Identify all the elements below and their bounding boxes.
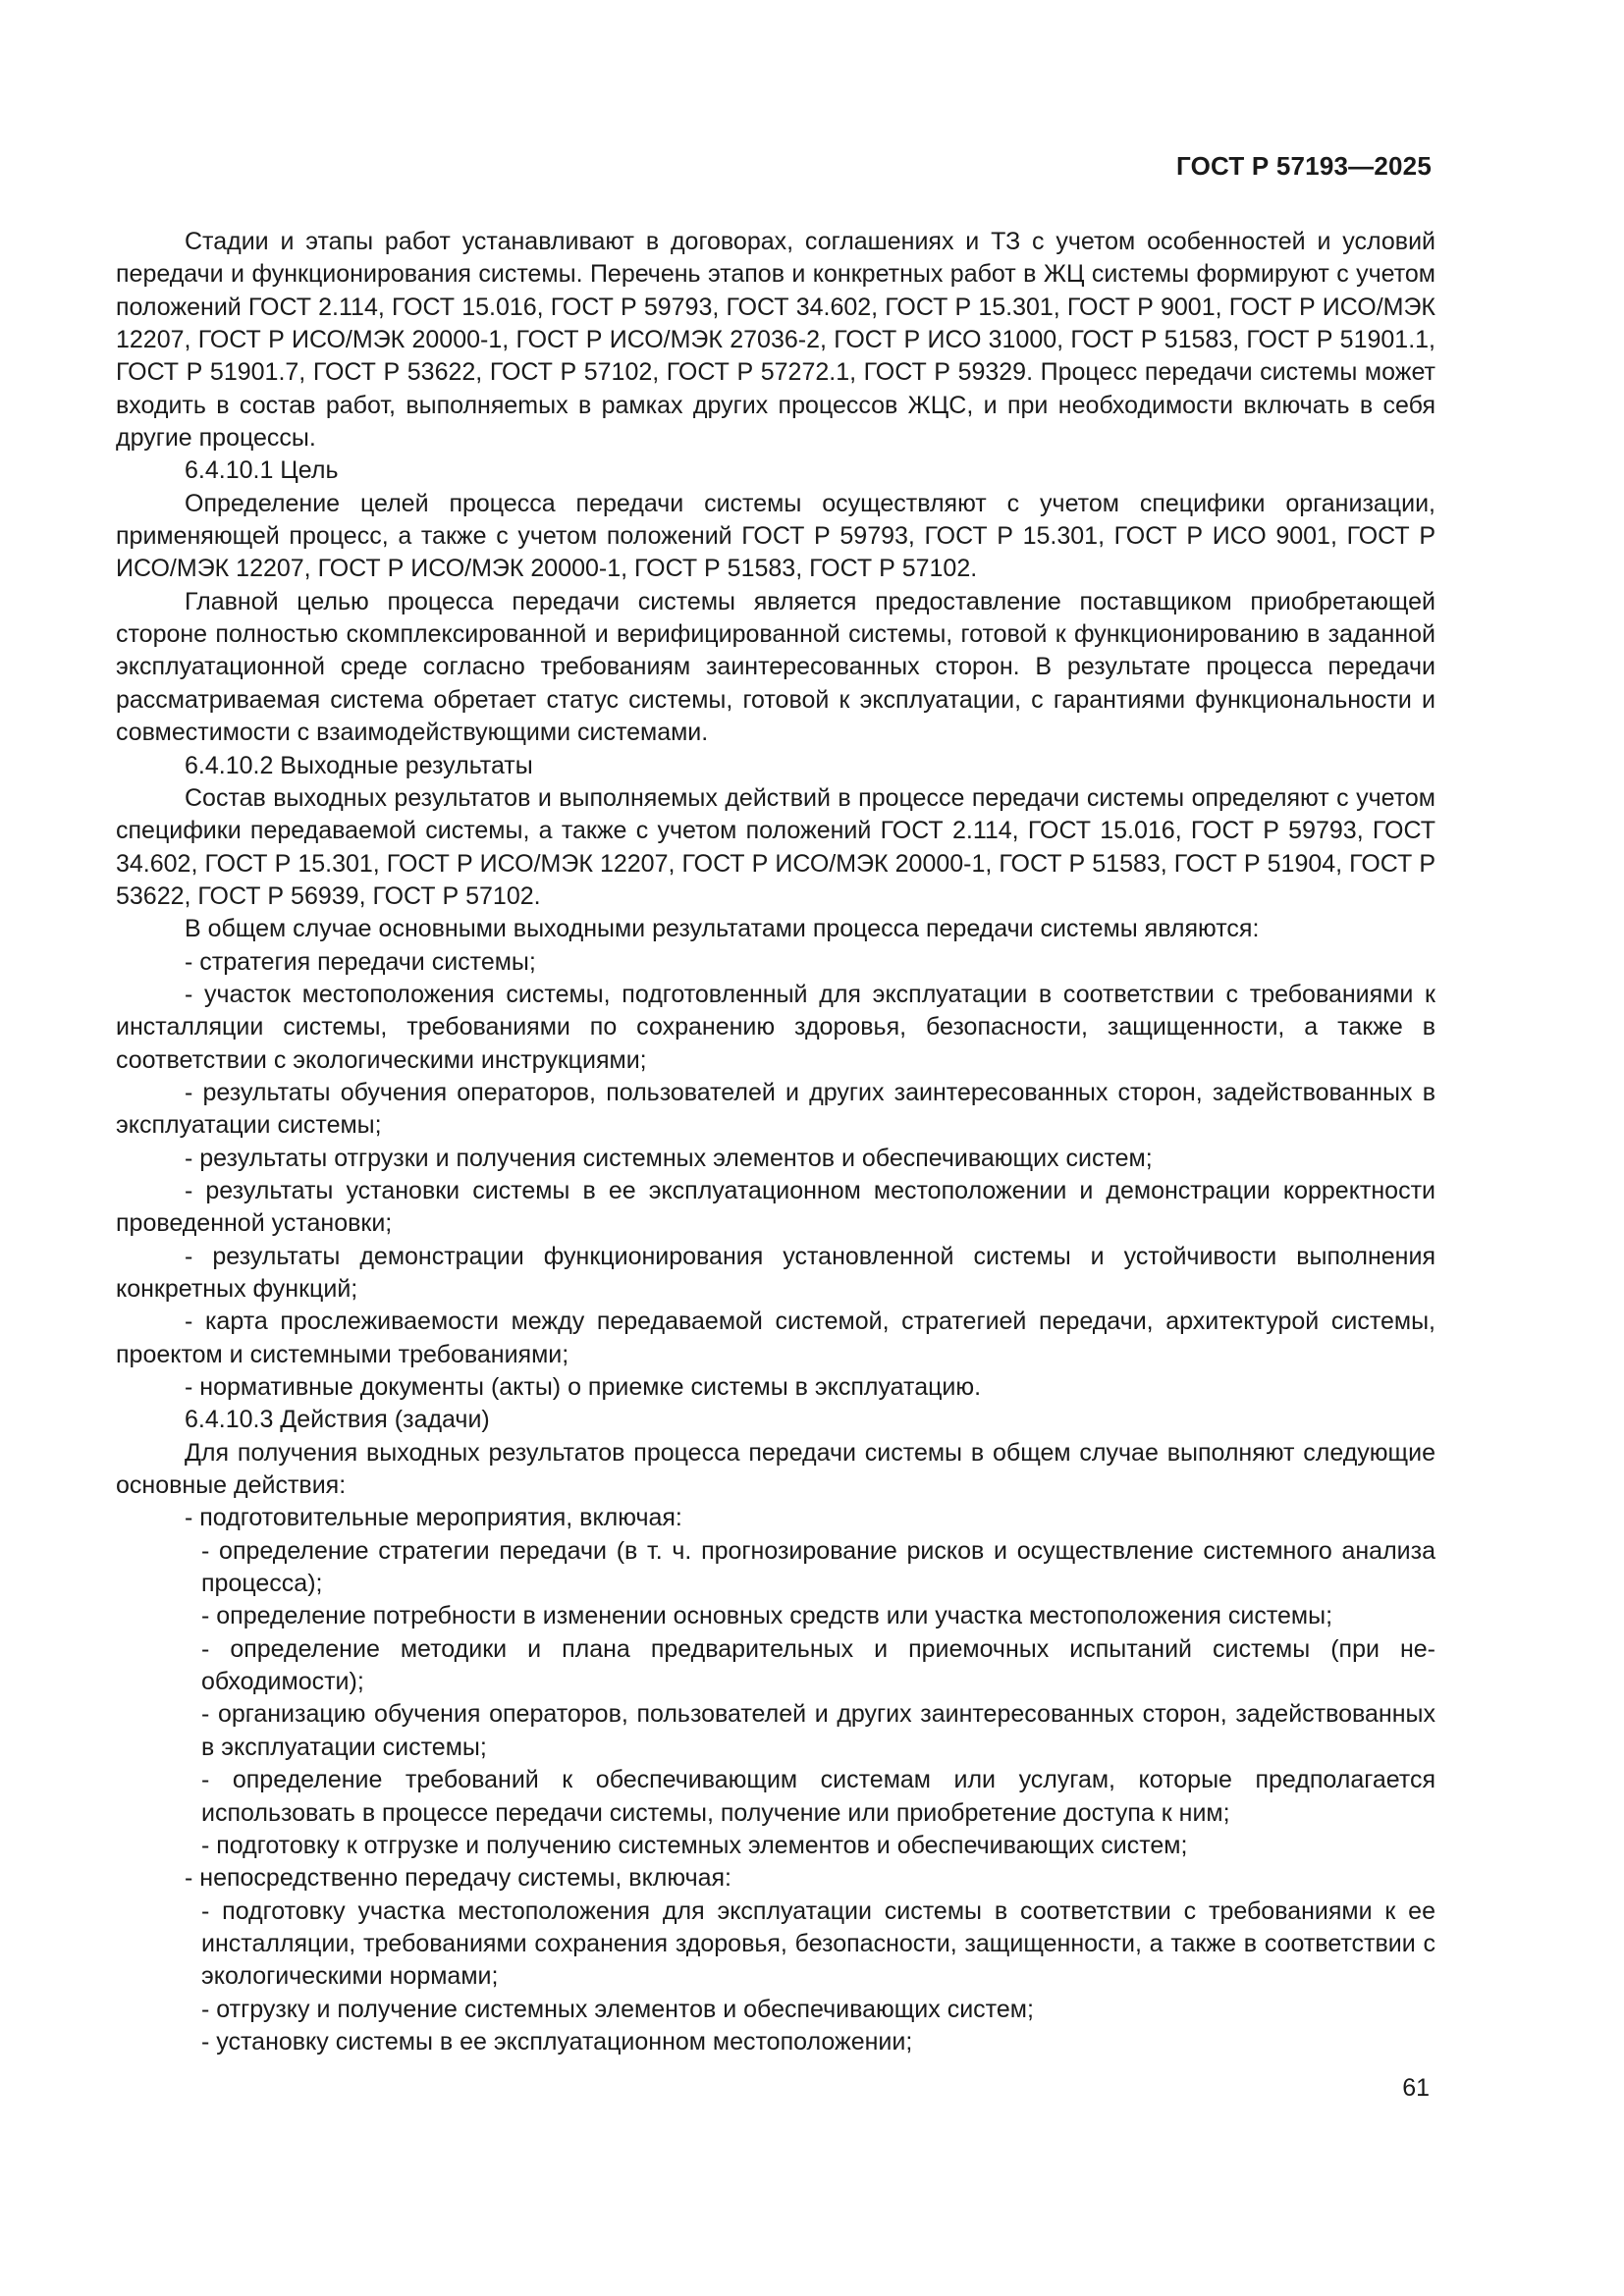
- paragraph: Определение целей процесса передачи сист…: [116, 488, 1435, 586]
- paragraph: Главной целью процесса передачи системы …: [116, 586, 1435, 750]
- sub-list-item: - определение методики и плана предварит…: [116, 1633, 1435, 1699]
- sub-list-item: - подготовку к отгрузке и получению сист…: [116, 1830, 1435, 1862]
- sub-list-item: - определение требований к обеспечивающи…: [116, 1764, 1435, 1830]
- sub-list-item: - установку системы в ее эксплуатационно…: [116, 2026, 1435, 2058]
- sub-list-item: - подготовку участка местоположения для …: [116, 1896, 1435, 1994]
- paragraph: - участок местоположения системы, подгот…: [116, 979, 1435, 1077]
- section-heading: 6.4.10.2 Выходные результаты: [116, 750, 1435, 782]
- page-number: 61: [1402, 2074, 1430, 2103]
- section-heading: 6.4.10.1 Цель: [116, 454, 1435, 487]
- paragraph: - результаты установки системы в ее эксп…: [116, 1175, 1435, 1241]
- paragraph: Стадии и этапы работ устанавливают в дог…: [116, 226, 1435, 454]
- paragraph: - результаты обучения операторов, пользо…: [116, 1077, 1435, 1143]
- sub-list-item: - определение потребности в изменении ос…: [116, 1600, 1435, 1632]
- paragraph: - результаты отгрузки и получения систем…: [116, 1143, 1435, 1175]
- paragraph: - результаты демонстрации функционирован…: [116, 1241, 1435, 1307]
- document-body: Стадии и этапы работ устанавливают в дог…: [116, 226, 1435, 2058]
- section-heading: 6.4.10.3 Действия (задачи): [116, 1404, 1435, 1436]
- sub-list-item: - определение стратегии передачи (в т. ч…: [116, 1535, 1435, 1601]
- paragraph: В общем случае основными выходными резул…: [116, 913, 1435, 945]
- paragraph: - карта прослеживаемости между передавае…: [116, 1306, 1435, 1371]
- paragraph: Для получения выходных результатов проце…: [116, 1437, 1435, 1503]
- list-item: - подготовительные мероприятия, включая:: [116, 1502, 1435, 1534]
- paragraph: Состав выходных результатов и выполняемы…: [116, 782, 1435, 913]
- paragraph: - стратегия передачи системы;: [116, 946, 1435, 979]
- list-item: - непосредственно передачу системы, вклю…: [116, 1862, 1435, 1895]
- document-header-id: ГОСТ Р 57193—2025: [1176, 151, 1432, 182]
- sub-list-item: - отгрузку и получение системных элемент…: [116, 1994, 1435, 2026]
- sub-list-item: - организацию обучения операторов, польз…: [116, 1698, 1435, 1764]
- paragraph: - нормативные документы (акты) о приемке…: [116, 1371, 1435, 1404]
